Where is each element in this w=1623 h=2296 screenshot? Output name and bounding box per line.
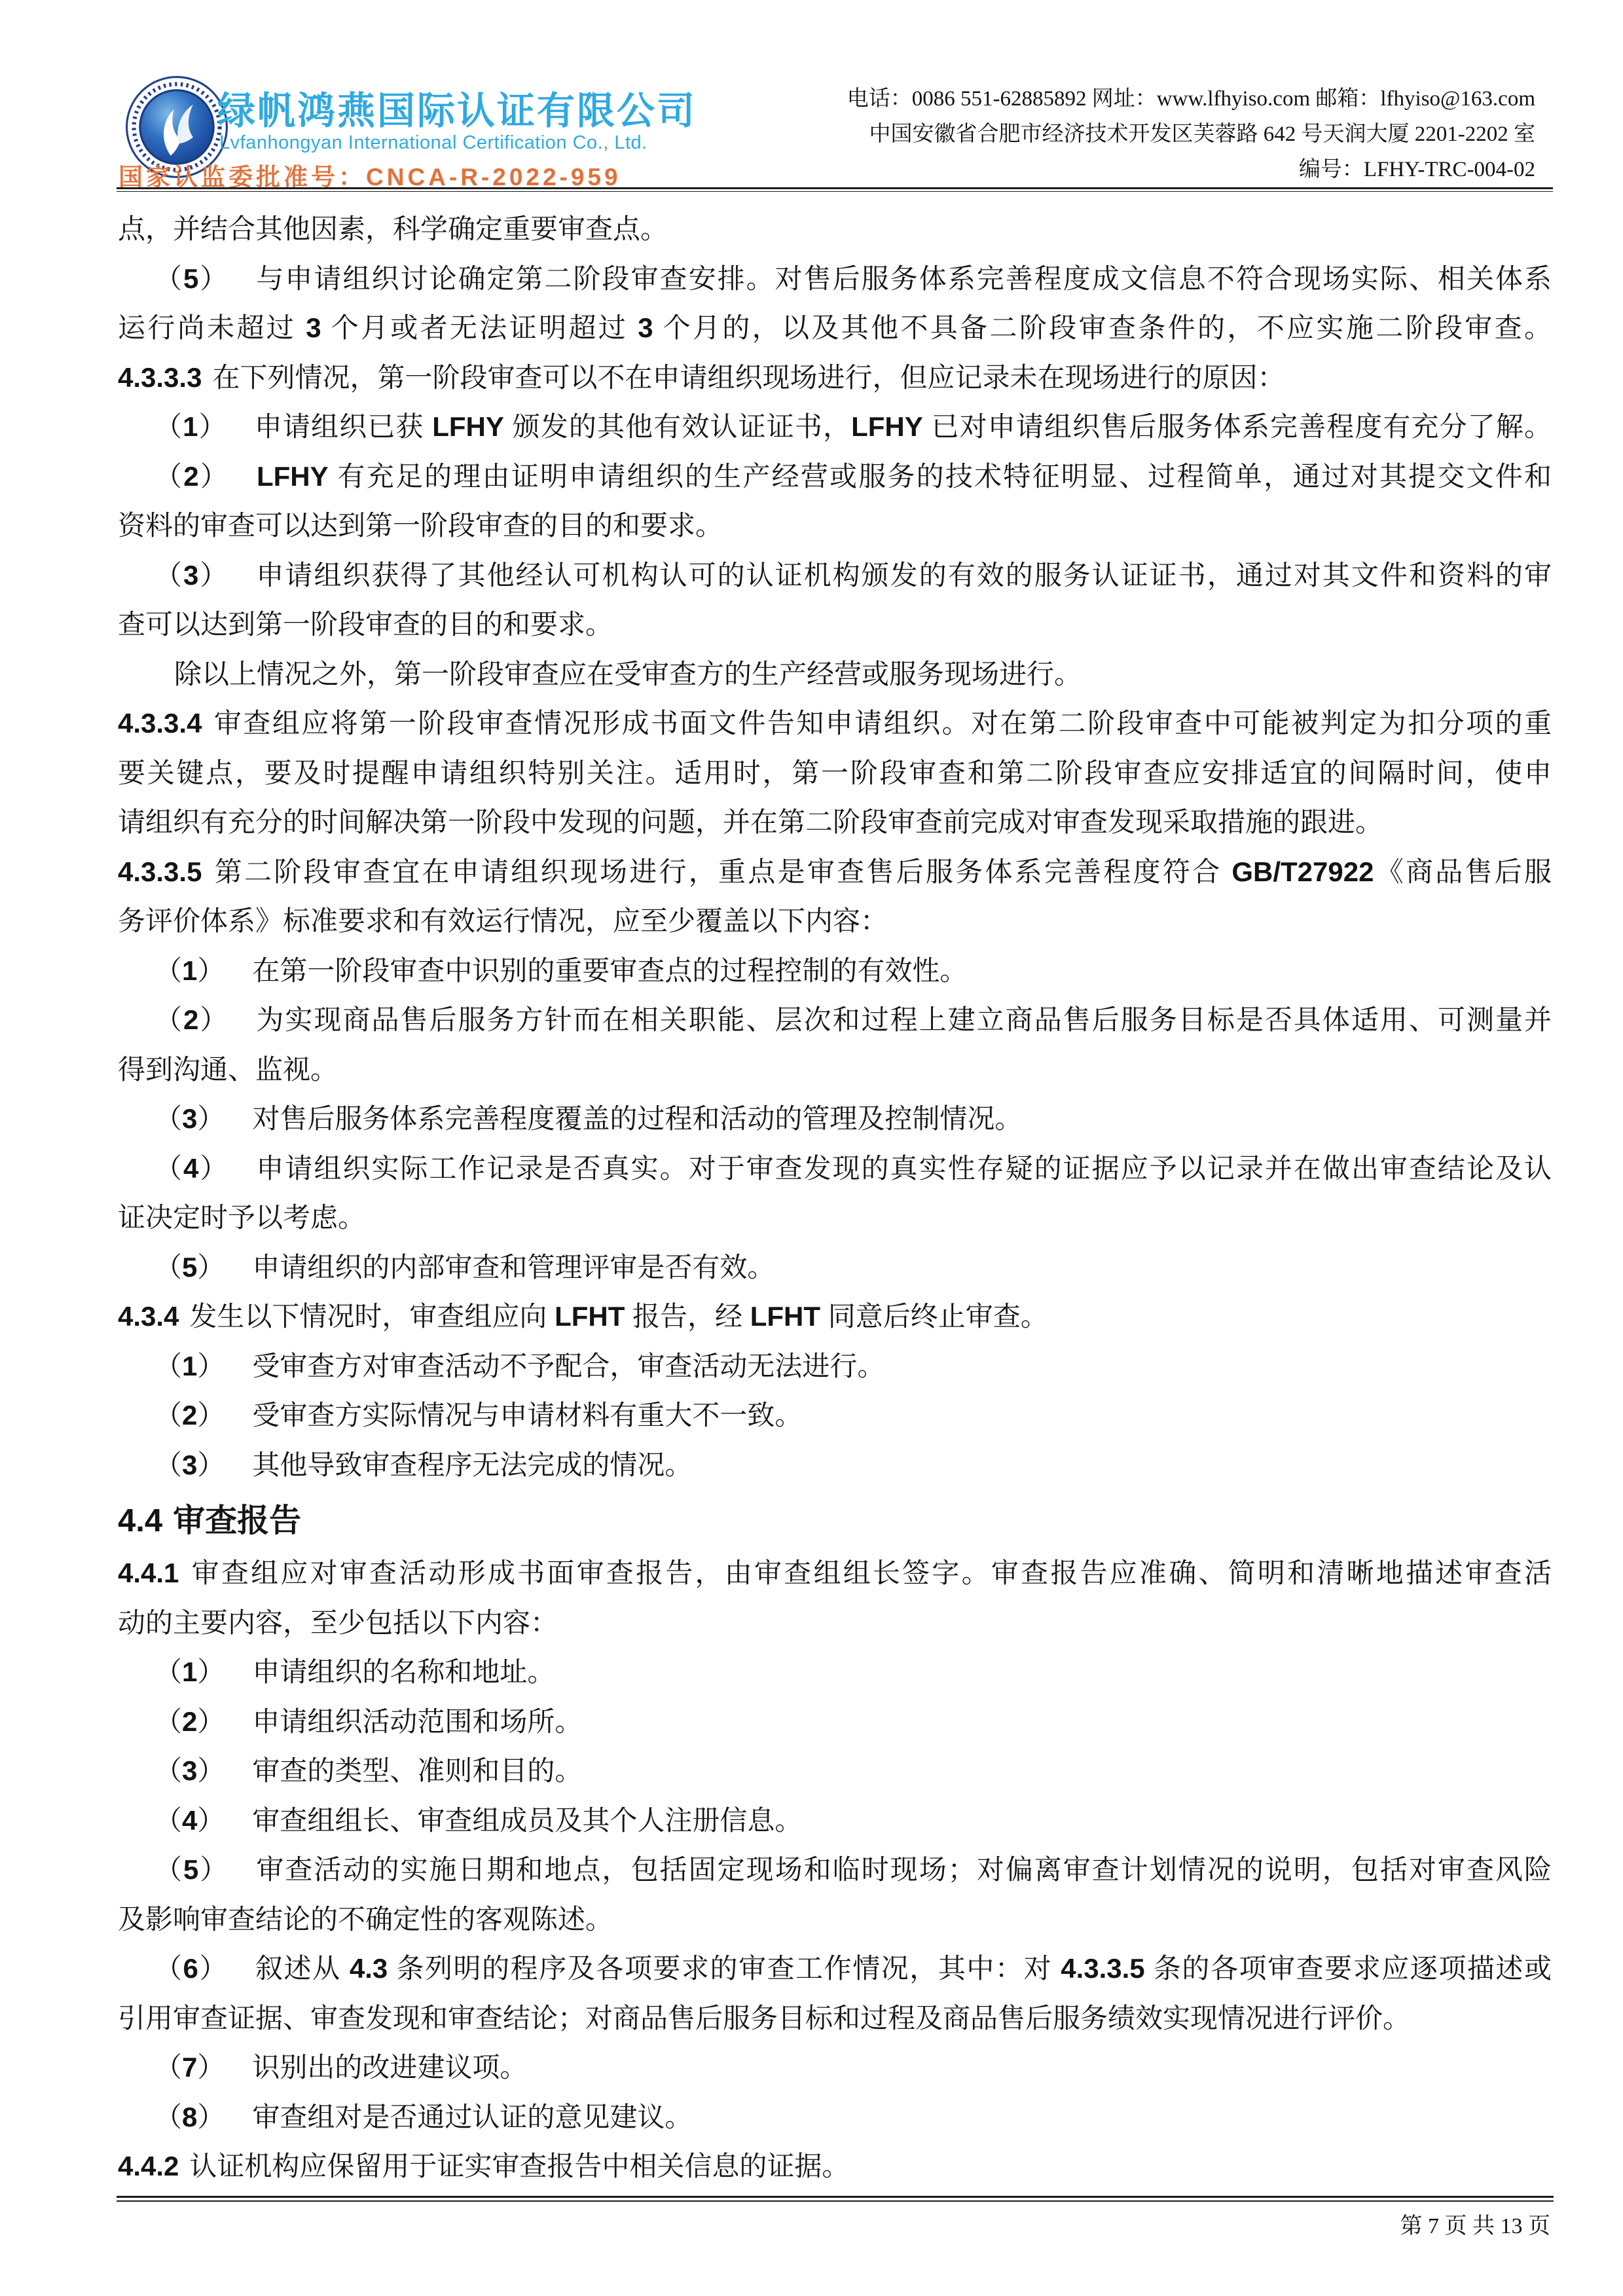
list-marker: （2）	[155, 1004, 228, 1035]
body-line: 点，并结合其他因素，科学确定重要审查点。	[118, 204, 1552, 254]
line-text: 查可以达到第一阶段审查的目的和要求。	[118, 609, 613, 640]
body-line: （7）识别出的改进建议项。	[118, 2043, 1552, 2092]
line-text: 对售后服务体系完善程度覆盖的过程和活动的管理及控制情况。	[252, 1103, 1022, 1134]
line-text: 资料的审查可以达到第一阶段审查的目的和要求。	[118, 510, 723, 541]
section-number: 4.4.2	[118, 2151, 179, 2181]
body-line: 4.3.4发生以下情况时，审查组应向 LFHT 报告，经 LFHT 同意后终止审…	[118, 1292, 1552, 1341]
body-line: （2）LFHY 有充足的理由证明申请组织的生产经营或服务的技术特征明显、过程简单…	[118, 452, 1552, 501]
header-divider	[117, 187, 1553, 192]
body-line: 4.4.2认证机构应保留用于证实审查报告中相关信息的证据。	[118, 2141, 1552, 2191]
line-text: 要关键点，要及时提醒申请组织特别关注。适用时，第一阶段审查和第二阶段审查应安排适…	[118, 757, 1552, 788]
body-line: 务评价体系》标准要求和有效运行情况，应至少覆盖以下内容：	[118, 896, 1552, 946]
line-text: 与申请组织讨论确定第二阶段审查安排。对售后服务体系完善程度成文信息不符合现场实际…	[256, 263, 1552, 294]
body-line: 动的主要内容，至少包括以下内容：	[118, 1598, 1552, 1648]
body-line: 4.3.3.5第二阶段审查宜在申请组织现场进行，重点是审查售后服务体系完善程度符…	[118, 847, 1552, 897]
body-line: （2）为实现商品售后服务方针而在相关职能、层次和过程上建立商品售后服务目标是否具…	[118, 995, 1552, 1045]
line-text: 申请组织的内部审查和管理评审是否有效。	[252, 1252, 775, 1283]
list-marker: （4）	[155, 1805, 225, 1836]
section-number: 4.3.3.5	[118, 856, 202, 887]
body-line: （8）审查组对是否通过认证的意见建议。	[118, 2092, 1552, 2142]
line-text: 运行尚未超过 3 个月或者无法证明超过 3 个月的，以及其他不具备二阶段审查条件…	[118, 312, 1552, 343]
list-marker: （3）	[155, 1103, 225, 1134]
body-line: （3）对售后服务体系完善程度覆盖的过程和活动的管理及控制情况。	[118, 1094, 1552, 1144]
list-marker: （3）	[155, 1449, 225, 1480]
body-line: 请组织有充分的时间解决第一阶段中发现的问题，并在第二阶段审查前完成对审查发现采取…	[118, 797, 1552, 847]
address-line: 中国安徽省合肥市经济技术开发区芙蓉路 642 号天润大厦 2201-2202 室	[847, 117, 1535, 152]
list-marker: （5）	[155, 1252, 225, 1283]
company-name-en: Lvfanhongyan International Certification…	[219, 132, 647, 154]
body-line: （1）受审查方对审查活动不予配合，审查活动无法进行。	[118, 1341, 1552, 1391]
list-marker: （2）	[155, 1400, 225, 1430]
line-text: 申请组织已获 LFHY 颁发的其他有效认证证书，LFHY 已对申请组织售后服务体…	[255, 411, 1552, 442]
body-line: （2）申请组织活动范围和场所。	[118, 1697, 1552, 1747]
line-text: 发生以下情况时，审查组应向 LFHT 报告，经 LFHT 同意后终止审查。	[189, 1301, 1048, 1332]
body-line: （4）申请组织实际工作记录是否真实。对于审查发现的真实性存疑的证据应予以记录并在…	[118, 1144, 1552, 1194]
body-line: 要关键点，要及时提醒申请组织特别关注。适用时，第一阶段审查和第二阶段审查应安排适…	[118, 748, 1552, 798]
doc-number: 编号：LFHY-TRC-004-02	[847, 152, 1535, 187]
body-line: （1）申请组织的名称和地址。	[118, 1647, 1552, 1697]
body-line: 4.4.1审查组应对审查活动形成书面审查报告，由审查组组长签字。审查报告应准确、…	[118, 1548, 1552, 1598]
company-name-zh: 绿帆鸿燕国际认证有限公司	[217, 80, 697, 135]
line-text: 点，并结合其他因素，科学确定重要审查点。	[118, 213, 668, 244]
list-marker: （3）	[155, 560, 228, 591]
body-line: （1）在第一阶段审查中识别的重要审查点的过程控制的有效性。	[118, 946, 1552, 996]
line-text: 申请组织实际工作记录是否真实。对于审查发现的真实性存疑的证据应予以记录并在做出审…	[256, 1153, 1552, 1184]
line-text: 叙述从 4.3 条列明的程序及各项要求的审查工作情况，其中：对 4.3.3.5 …	[255, 1953, 1552, 1984]
list-marker: （2）	[155, 1706, 225, 1737]
line-text: 申请组织活动范围和场所。	[252, 1706, 582, 1737]
contact-line: 电话：0086 551-62885892 网址：www.lfhyiso.com …	[847, 81, 1535, 117]
body-line: （6）叙述从 4.3 条列明的程序及各项要求的审查工作情况，其中：对 4.3.3…	[118, 1944, 1552, 1994]
page-number: 第 7 页 共 13 页	[1400, 2208, 1551, 2240]
line-text: 及影响审查结论的不确定性的客观陈述。	[118, 1904, 613, 1935]
section-number: 4.3.3.4	[118, 708, 202, 738]
line-text: 审查组应将第一阶段审查情况形成书面文件告知申请组织。对在第二阶段审查中可能被判定…	[212, 708, 1552, 738]
line-text: 识别出的改进建议项。	[252, 2052, 527, 2083]
body-line: （3）申请组织获得了其他经认可机构认可的认证机构颁发的有效的服务认证证书，通过对…	[118, 551, 1552, 600]
list-marker: （1）	[155, 1351, 225, 1381]
body-line: （5）与申请组织讨论确定第二阶段审查安排。对售后服务体系完善程度成文信息不符合现…	[118, 254, 1552, 304]
line-text: 在第一阶段审查中识别的重要审查点的过程控制的有效性。	[252, 955, 967, 986]
body-line: （2）受审查方实际情况与申请材料有重大不一致。	[118, 1391, 1552, 1440]
body-line: 运行尚未超过 3 个月或者无法证明超过 3 个月的，以及其他不具备二阶段审查条件…	[118, 303, 1552, 353]
line-text: 务评价体系》标准要求和有效运行情况，应至少覆盖以下内容：	[118, 905, 888, 936]
document-body: 点，并结合其他因素，科学确定重要审查点。（5）与申请组织讨论确定第二阶段审查安排…	[118, 204, 1552, 2191]
body-line: 4.4审查报告	[118, 1493, 1552, 1548]
body-line: 引用审查证据、审查发现和审查结论；对商品售后服务目标和过程及商品售后服务绩效实现…	[118, 1994, 1552, 2043]
header-contact-block: 电话：0086 551-62885892 网址：www.lfhyiso.com …	[847, 81, 1535, 187]
body-line: 证决定时予以考虑。	[118, 1193, 1552, 1243]
line-text: 证决定时予以考虑。	[118, 1202, 365, 1233]
document-page: 绿帆鸿燕国际认证有限公司 Lvfanhongyan International …	[0, 0, 1623, 2296]
line-text: 在下列情况，第一阶段审查可以不在申请组织现场进行，但应记录未在现场进行的原因：	[212, 362, 1285, 393]
line-text: 引用审查证据、审查发现和审查结论；对商品售后服务目标和过程及商品售后服务绩效实现…	[118, 2003, 1410, 2033]
list-marker: （4）	[155, 1153, 228, 1184]
body-line: 查可以达到第一阶段审查的目的和要求。	[118, 600, 1552, 649]
line-text: 为实现商品售后服务方针而在相关职能、层次和过程上建立商品售后服务目标是否具体适用…	[256, 1004, 1552, 1035]
list-marker: （3）	[155, 1755, 225, 1786]
body-line: （3）审查的类型、准则和目的。	[118, 1746, 1552, 1796]
body-line: （5）审查活动的实施日期和地点，包括固定现场和临时现场；对偏离审查计划情况的说明…	[118, 1845, 1552, 1895]
line-text: 审查组对是否通过认证的意见建议。	[252, 2102, 692, 2132]
line-text: 认证机构应保留用于证实审查报告中相关信息的证据。	[189, 2151, 849, 2181]
list-marker: （5）	[155, 1854, 228, 1885]
body-line: 资料的审查可以达到第一阶段审查的目的和要求。	[118, 501, 1552, 551]
list-marker: （8）	[155, 2102, 225, 2132]
section-number: 4.3.3.3	[118, 362, 202, 393]
body-line: 4.3.3.4审查组应将第一阶段审查情况形成书面文件告知申请组织。对在第二阶段审…	[118, 699, 1552, 748]
line-text: 受审查方实际情况与申请材料有重大不一致。	[252, 1400, 802, 1430]
body-line: （3）其他导致审查程序无法完成的情况。	[118, 1440, 1552, 1490]
list-marker: （2）	[155, 461, 229, 492]
list-marker: （1）	[155, 411, 227, 442]
line-text: 动的主要内容，至少包括以下内容：	[118, 1607, 558, 1638]
footer-divider	[117, 2196, 1554, 2202]
line-text: 第二阶段审查宜在申请组织现场进行，重点是审查售后服务体系完善程度符合 GB/T2…	[212, 856, 1552, 887]
list-marker: （1）	[155, 955, 225, 986]
line-text: 请组织有充分的时间解决第一阶段中发现的问题，并在第二阶段审查前完成对审查发现采取…	[118, 807, 1383, 837]
line-text: 审查组应对审查活动形成书面审查报告，由审查组组长签字。审查报告应准确、简明和清晰…	[189, 1558, 1552, 1588]
section-number: 4.4.1	[118, 1558, 179, 1588]
line-text: 受审查方对审查活动不予配合，审查活动无法进行。	[252, 1351, 884, 1381]
line-text: 其他导致审查程序无法完成的情况。	[252, 1449, 692, 1480]
body-line: （1）申请组织已获 LFHY 颁发的其他有效认证证书，LFHY 已对申请组织售后…	[118, 402, 1552, 452]
list-marker: （7）	[155, 2052, 225, 2083]
line-text: 除以上情况之外，第一阶段审查应在受审查方的生产经营或服务现场进行。	[174, 659, 1082, 689]
body-line: 除以上情况之外，第一阶段审查应在受审查方的生产经营或服务现场进行。	[118, 649, 1552, 699]
section-number: 4.4	[118, 1503, 162, 1539]
body-line: （5）申请组织的内部审查和管理评审是否有效。	[118, 1243, 1552, 1292]
line-text: 申请组织获得了其他经认可机构认可的认证机构颁发的有效的服务认证证书，通过对其文件…	[256, 560, 1552, 591]
section-number: 4.3.4	[118, 1301, 179, 1332]
body-line: （4）审查组组长、审查组成员及其个人注册信息。	[118, 1796, 1552, 1846]
body-line: 及影响审查结论的不确定性的客观陈述。	[118, 1895, 1552, 1944]
list-marker: （6）	[155, 1953, 228, 1984]
body-line: 得到沟通、监视。	[118, 1045, 1552, 1095]
list-marker: （5）	[155, 263, 228, 294]
line-text: 申请组织的名称和地址。	[252, 1656, 555, 1687]
line-text: 审查的类型、准则和目的。	[252, 1755, 582, 1786]
line-text: 得到沟通、监视。	[118, 1054, 338, 1085]
body-line: 4.3.3.3在下列情况，第一阶段审查可以不在申请组织现场进行，但应记录未在现场…	[118, 353, 1552, 403]
list-marker: （1）	[155, 1656, 225, 1687]
line-text: 审查报告	[173, 1503, 301, 1539]
line-text: LFHY 有充足的理由证明申请组织的生产经营或服务的技术特征明显、过程简单，通过…	[257, 461, 1552, 492]
line-text: 审查组组长、审查组成员及其个人注册信息。	[252, 1805, 802, 1836]
line-text: 审查活动的实施日期和地点，包括固定现场和临时现场；对偏离审查计划情况的说明，包括…	[256, 1854, 1552, 1885]
